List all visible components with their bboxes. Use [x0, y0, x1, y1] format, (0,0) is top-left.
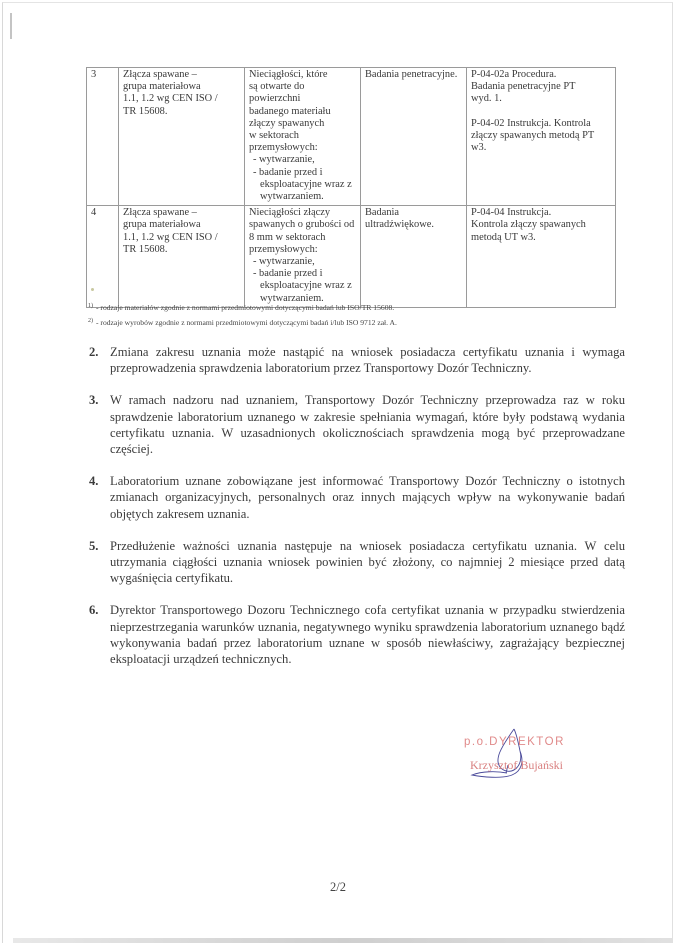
- table-row: 3Złącza spawane –grupa materiałowa1.1, 1…: [87, 68, 616, 206]
- procedure-gap: [471, 106, 611, 118]
- object-line: TR 15608.: [123, 106, 240, 118]
- scope-item-cont: eksploatacyjne wraz z: [249, 280, 356, 292]
- procedure-line: złączy spawanych metodą PT: [471, 130, 611, 142]
- signature-name: Krzysztof Bujański: [470, 758, 563, 773]
- item-text: Przedłużenie ważności uznania następuje …: [110, 538, 625, 587]
- object-line: 1.1, 1.2 wg CEN ISO /: [123, 232, 240, 244]
- scope-line: badanego materiału: [249, 106, 356, 118]
- scope-item-cont: wytwarzaniem.: [249, 191, 356, 203]
- scope-line: w sektorach: [249, 130, 356, 142]
- cell-object: Złącza spawane –grupa materiałowa1.1, 1.…: [119, 68, 245, 206]
- procedure-line: wyd. 1.: [471, 93, 611, 105]
- footnote: 2)- rodzaje wyrobów zgodnie z normami pr…: [88, 315, 397, 330]
- footnotes: 1)- rodzaje materiałów zgodnie z normami…: [88, 300, 397, 329]
- footnote-mark: 2): [88, 318, 93, 324]
- footnote-mark: 1): [88, 303, 93, 309]
- item-number: 3.: [89, 392, 110, 457]
- cell-object: Złącza spawane –grupa materiałowa1.1, 1.…: [119, 206, 245, 308]
- cell-method: Badania penetracyjne.: [361, 68, 467, 206]
- procedure-line: Badania penetracyjne PT: [471, 81, 611, 93]
- method-line: ultradźwiękowe.: [365, 219, 462, 231]
- cell-number: 4: [87, 206, 119, 308]
- signature-scribble-icon: [462, 721, 582, 791]
- conditions-list: 2.Zmiana zakresu uznania może nastąpić n…: [89, 344, 625, 683]
- object-line: grupa materiałowa: [123, 219, 240, 231]
- procedure-line: w3.: [471, 142, 611, 154]
- object-line: grupa materiałowa: [123, 81, 240, 93]
- scope-item: - wytwarzanie,: [249, 256, 356, 268]
- page-number: 2/2: [0, 880, 676, 895]
- scope-line: spawanych o grubości od: [249, 219, 356, 231]
- scope-line: złączy spawanych: [249, 118, 356, 130]
- scope-line: 8 mm w sektorach: [249, 232, 356, 244]
- scope-line: Nieciągłości złączy: [249, 207, 356, 219]
- scope-item: - wytwarzanie,: [249, 154, 356, 166]
- list-item: 4.Laboratorium uznane zobowiązane jest i…: [89, 473, 625, 522]
- scope-table: 3Złącza spawane –grupa materiałowa1.1, 1…: [86, 67, 616, 308]
- object-line: Złącza spawane –: [123, 207, 240, 219]
- signature-title: p.o.DYREKTOR: [464, 736, 565, 748]
- signature-stamp: p.o.DYREKTOR Krzysztof Bujański: [462, 733, 582, 783]
- footnote-text: - rodzaje wyrobów zgodnie z normami prze…: [96, 318, 397, 327]
- scope-line: Nieciągłości, które: [249, 69, 356, 81]
- cell-procedures: P-04-02a Procedura.Badania penetracyjne …: [467, 68, 616, 206]
- scope-line: powierzchni: [249, 93, 356, 105]
- cell-procedures: P-04-04 Instrukcja.Kontrola złączy spawa…: [467, 206, 616, 308]
- object-line: 1.1, 1.2 wg CEN ISO /: [123, 93, 240, 105]
- list-item: 3.W ramach nadzoru nad uznaniem, Transpo…: [89, 392, 625, 457]
- item-number: 4.: [89, 473, 110, 522]
- procedure-line: Kontrola złączy spawanych: [471, 219, 611, 231]
- procedure-line: metodą UT w3.: [471, 232, 611, 244]
- list-item: 6.Dyrektor Transportowego Dozoru Technic…: [89, 602, 625, 667]
- scope-line: przemysłowych:: [249, 142, 356, 154]
- procedure-line: P-04-02 Instrukcja. Kontrola: [471, 118, 611, 130]
- procedure-line: P-04-04 Instrukcja.: [471, 207, 611, 219]
- item-text: Zmiana zakresu uznania może nastąpić na …: [110, 344, 625, 376]
- scan-edge-mark: [10, 13, 12, 39]
- scope-line: przemysłowych:: [249, 244, 356, 256]
- cell-scope: Nieciągłości, któresą otwarte dopowierzc…: [245, 68, 361, 206]
- cell-number: 3: [87, 68, 119, 206]
- item-text: Dyrektor Transportowego Dozoru Techniczn…: [110, 602, 625, 667]
- object-line: TR 15608.: [123, 244, 240, 256]
- procedure-line: P-04-02a Procedura.: [471, 69, 611, 81]
- item-number: 2.: [89, 344, 110, 376]
- footnote-text: - rodzaje materiałów zgodnie z normami p…: [96, 303, 394, 312]
- footnote: 1)- rodzaje materiałów zgodnie z normami…: [88, 300, 397, 315]
- item-text: Laboratorium uznane zobowiązane jest inf…: [110, 473, 625, 522]
- scope-item-cont: eksploatacyjne wraz z: [249, 179, 356, 191]
- method-line: Badania: [365, 207, 462, 219]
- scope-item: - badanie przed i: [249, 167, 356, 179]
- list-item: 2.Zmiana zakresu uznania może nastąpić n…: [89, 344, 625, 376]
- page-shadow: [13, 938, 672, 943]
- item-text: W ramach nadzoru nad uznaniem, Transport…: [110, 392, 625, 457]
- item-number: 5.: [89, 538, 110, 587]
- table-row: 4Złącza spawane –grupa materiałowa1.1, 1…: [87, 206, 616, 308]
- cell-scope: Nieciągłości złączyspawanych o grubości …: [245, 206, 361, 308]
- scope-line: są otwarte do: [249, 81, 356, 93]
- object-line: Złącza spawane –: [123, 69, 240, 81]
- cell-method: Badaniaultradźwiękowe.: [361, 206, 467, 308]
- method-line: Badania penetracyjne.: [365, 69, 462, 81]
- scope-item: - badanie przed i: [249, 268, 356, 280]
- list-item: 5.Przedłużenie ważności uznania następuj…: [89, 538, 625, 587]
- item-number: 6.: [89, 602, 110, 667]
